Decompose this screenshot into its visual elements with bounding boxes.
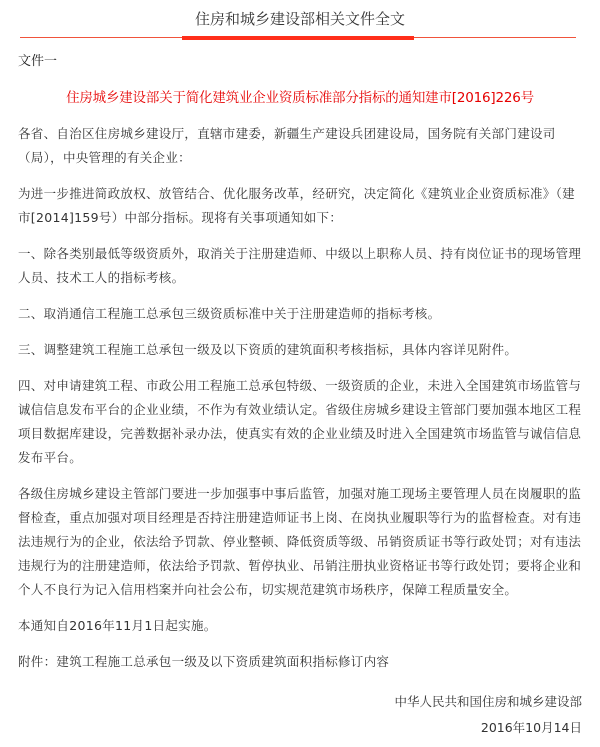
header-accent-bar [182, 36, 414, 40]
document-body: 各省、自治区住房城乡建设厅，直辖市建委，新疆生产建设兵团建设局，国务院有关部门建… [18, 122, 584, 686]
signature-organization: 中华人民共和国住房和城乡建设部 [394, 692, 582, 712]
intro-paragraph: 为进一步推进简政放权、放管结合、优化服务改革，经研究，决定简化《建筑业企业资质标… [18, 182, 584, 230]
item-four-paragraph: 四、对申请建筑工程、市政公用工程施工总承包特级、一级资质的企业，未进入全国建筑市… [18, 374, 584, 470]
signature-date: 2016年10月14日 [481, 718, 582, 738]
item-one-paragraph: 一、除各类别最低等级资质外，取消关于注册建造师、中级以上职称人员、持有岗位证书的… [18, 242, 584, 290]
attachment-paragraph: 附件：建筑工程施工总承包一级及以下资质建筑面积指标修订内容 [18, 650, 584, 674]
item-three-paragraph: 三、调整建筑工程施工总承包一级及以下资质的建筑面积考核指标，具体内容详见附件。 [18, 338, 584, 362]
effective-date-paragraph: 本通知自2016年11月1日起实施。 [18, 614, 584, 638]
item-two-paragraph: 二、取消通信工程施工总承包三级资质标准中关于注册建造师的指标考核。 [18, 302, 584, 326]
document-label: 文件一 [18, 53, 57, 71]
page-header: 住房和城乡建设部相关文件全文 [0, 0, 600, 44]
supervision-paragraph: 各级住房城乡建设主管部门要进一步加强事中事后监管，加强对施工现场主要管理人员在岗… [18, 482, 584, 602]
salutation-paragraph: 各省、自治区住房城乡建设厅，直辖市建委，新疆生产建设兵团建设局，国务院有关部门建… [18, 122, 584, 170]
page-title: 住房和城乡建设部相关文件全文 [0, 9, 600, 29]
document-title: 住房城乡建设部关于简化建筑业企业资质标准部分指标的通知建市[2016]226号 [0, 89, 600, 107]
